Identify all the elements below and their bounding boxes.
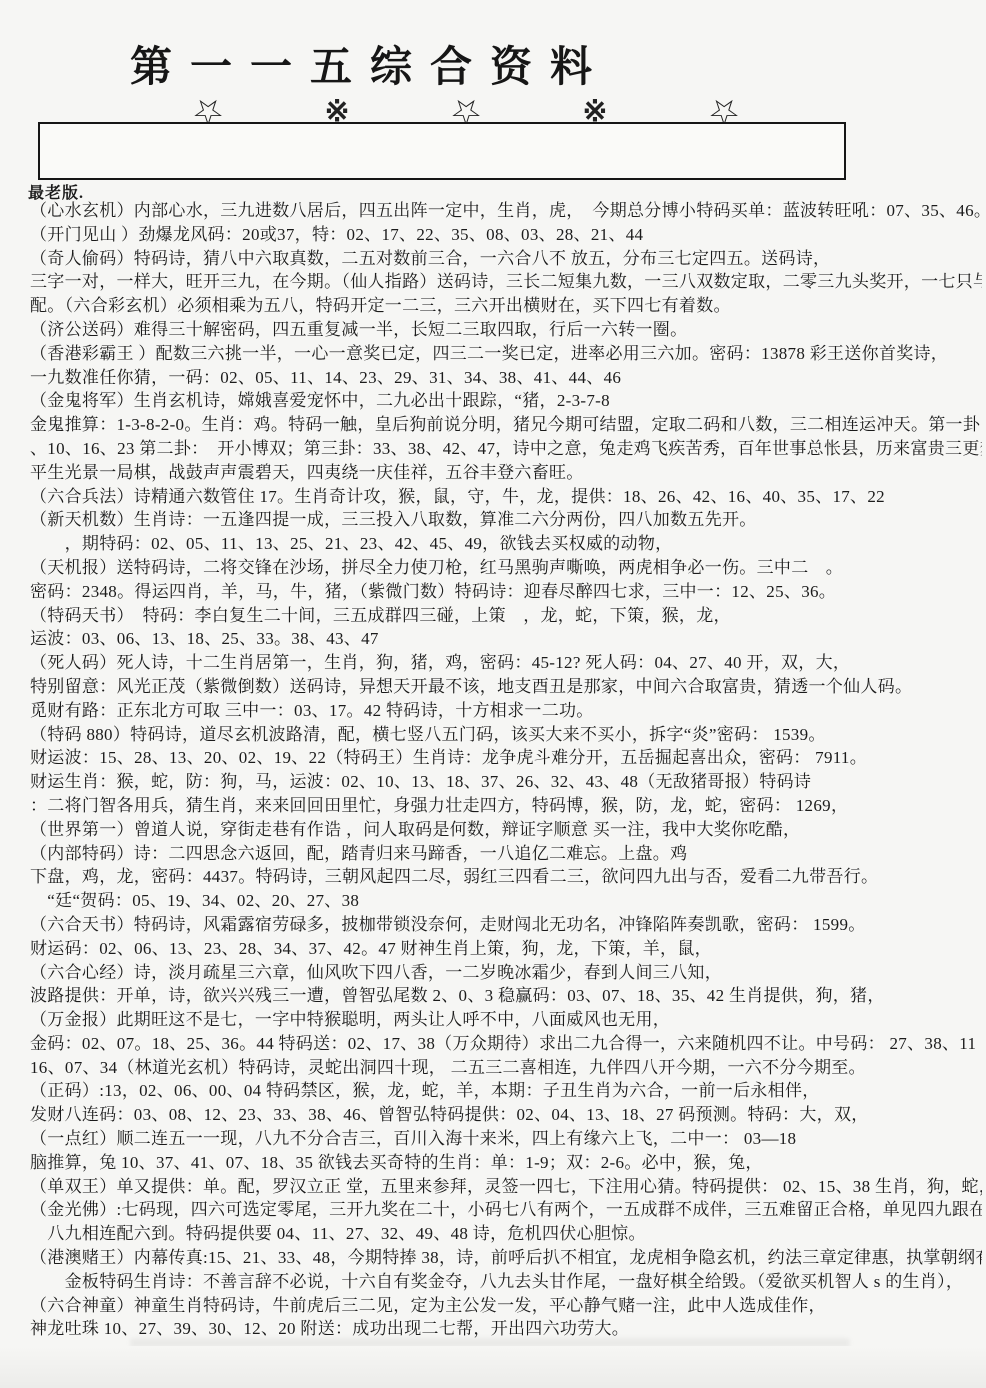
text-line: 密码：2348。得运四肖，羊，马，牛，猪，（紫微门数）特码诗：迎春尽醉四七求，三… (30, 580, 982, 604)
text-line: （世界第一）曾道人说，穿街走巷有作诰 ，问人取码是何数，辩证字顺意 买一注，我中… (30, 818, 982, 842)
text-line: （特码 880）特码诗，道尽玄机波路清，配，横七竖八五门码，该买大来不买小，拆字… (30, 723, 982, 747)
text-line: 金鬼推算：1-3-8-2-0。生肖：鸡。特码一触，皇后狗前说分明，猪兄今期可结盟… (30, 413, 982, 437)
text-line: （天机报）送特码诗，二将交锋在沙场，拼尽全力使刀枪，红马黑驹声嘶唤，两虎相争必一… (30, 556, 982, 580)
text-line: 财运生肖：猴，蛇，防：狗，马，运波：02、10、13、18、37、26、32、4… (30, 770, 982, 794)
text-line: （正码）:13，02、06、00、04 特码禁区，猴，龙，蛇，羊，本期：子丑生肖… (30, 1079, 982, 1103)
text-line: （六合神童）神童生肖特码诗，牛前虎后三二见，定为主公发一发，平心静气赌一注，此中… (30, 1294, 982, 1318)
text-line: （特码天书） 特码：李白复生二十间，三五成群四三碰，上策 ，龙，蛇，下策，猴，龙… (30, 604, 982, 628)
text-line: 配。（六合彩玄机）必须相乘为五八，特码开定一二三，三六开出横财在，买下四七有着数… (30, 294, 982, 318)
document-lines: （心水玄机）内部心水，三九进数八居后，四五出阵一定中，生肖，虎， 今期总分博小特… (30, 199, 982, 1344)
text-line: 八九相连配六到。特码提供要 04、11、27、32、49、48 诗，危机四伏心胆… (30, 1222, 982, 1246)
text-line: （港澳赌王）内幕传真:15、21、33、48，今期特捧 38，诗，前呼后扒不相宜… (30, 1246, 982, 1270)
text-line: 财运波：15、28、13、20、02、19、22（特码王）生肖诗：龙争虎斗难分开… (30, 746, 982, 770)
text-line: （六合心经）诗，淡月疏星三六章，仙风吹下四八香，一二岁晚冰霜少，春到人间三八知， (30, 961, 982, 985)
text-line: （万金报）此期旺这不是七，一字中特猴聪明，两头让人呼不中，八面威风也无用， (30, 1008, 982, 1032)
text-line: （内部特码）诗：二四思念六返回，配，踏青归来马蹄香，一八追亿二难忘。上盘。鸡 (30, 842, 982, 866)
text-line: 运波：03、06、13、18、25、33。38、43、47 (30, 627, 982, 651)
text-line: （香港彩霸王 ）配数三六挑一半，一心一意奖已定，四三二一奖已定，进率必用三六加。… (30, 342, 982, 366)
text-line: 金板特码生肖诗：不善言辞不必说，十六自有奖金夺，八九去头甘作尾，一盘好棋全给毁。… (30, 1270, 982, 1294)
text-line: （金鬼将军）生肖玄机诗，嫦娥喜爱宠怀中，二九必出十跟踪，“猪，2-3-7-8 (30, 389, 982, 413)
page-title: 第一一五综合资料 (130, 34, 610, 94)
text-line: （一点红）顺二连五一一现，八九不分合吉三，百川入海十来米，四上有缘六上飞，二中一… (30, 1127, 982, 1151)
text-line: 金码：02、07。18、25、36。44 特码送：02、17、38（万众期待）求… (30, 1032, 982, 1056)
text-line: 平生光景一局棋，战鼓声声震碧天，四夷绕一庆佳祥，五谷丰登六畜旺。 (30, 461, 982, 485)
text-line: ：二将门智各用兵，猜生肖，来来回回田里忙，身强力壮走四方，特码博，猴，防，龙，蛇… (30, 794, 982, 818)
bottom-strip (0, 1346, 986, 1388)
text-line: 发财八连码：03、08、12、23、33、38、46、曾智弘特码提供：02、04… (30, 1103, 982, 1127)
text-line: 三字一对，一样大，旺开三九，在今期。（仙人指路）送码诗，三长二短集九数，一三八双… (30, 270, 982, 294)
text-line: （济公送码）难得三十解密码，四五重复减一半，长短二三取四取，行后一六转一圈。 (30, 318, 982, 342)
text-line: （死人码）死人诗，十二生肖居第一，生肖，狗，猪，鸡，密码：45-12? 死人码：… (30, 651, 982, 675)
text-line: （六合天书）特码诗，风霜露宿劳碌多，披枷带锁没奈何，走财闯北无功名，冲锋陷阵奏凯… (30, 913, 982, 937)
text-line: ，期特码：02、05、11、13、25、21、23、42、45、49，欲钱去买权… (30, 532, 982, 556)
page: { "page": { "title": "第一一五综合资料", "editio… (0, 0, 986, 1388)
text-line: 一九数准任你猜，一码：02、05、11、14、23、29、31、34、38、41… (30, 366, 982, 390)
text-line: 脑推算，兔 10、37、41、07、18、35 欲钱去买奇特的生肖：单：1-9；… (30, 1151, 982, 1175)
text-line: （单双王）单又提供：单。配，罗汉立正 堂，五里来参拜，灵签一四七，下注用心猜。特… (30, 1175, 982, 1199)
text-line: （心水玄机）内部心水，三九进数八居后，四五出阵一定中，生肖，虎， 今期总分博小特… (30, 199, 982, 223)
text-line: （金光佛）:七码现，四六可选定零尾，三开九奖在二十，小码七八有两个，一五成群不成… (30, 1198, 982, 1222)
text-line: 下盘，鸡，龙，密码：4437。特码诗，三朝风起四二尽，弱红三四看二三，欲问四九出… (30, 865, 982, 889)
text-line: 、10、16、23 第二卦： 开小博双；第三卦：33、38、42、47，诗中之意… (30, 437, 982, 461)
blank-box (38, 122, 846, 180)
text-line: （奇人偷码）特码诗，猜八中六取真数，二五对数前三合，一六合八不 放五，分布三七定… (30, 247, 982, 271)
text-line: “廷“贺码：05、19、34、02、20、27、38 (30, 889, 982, 913)
text-line: （开门见山 ）劲爆龙风码：20或37，特：02、17、22、35、08、03、2… (30, 223, 982, 247)
text-line: 特别留意：风光正茂（紫微倒数）送码诗，异想天开最不该，地支酉丑是那家，中间六合取… (30, 675, 982, 699)
text-line: 财运码：02、06、13、23、28、34、37、42。47 财神生肖上策，狗，… (30, 937, 982, 961)
text-line: 16、07、34（林道光玄机）特码诗，灵蛇出洞四十现， 二五三二喜相连，九伴四八… (30, 1056, 982, 1080)
text-line: 觅财有路：正东北方可取 三中一：03、17。42 特码诗，十方相求一二功。 (30, 699, 982, 723)
text-line: 波路提供：开单，诗，欲兴兴残三一遭，曾智弘尾数 2、0、3 稳赢码：03、07、… (30, 984, 982, 1008)
text-line: （六合兵法）诗精通六数管住 17。生肖奇计攻，猴，鼠，守，牛，龙，提供：18、2… (30, 485, 982, 509)
text-line: （新天机数）生肖诗：一五逢四提一成，三三投入八取数，算准二六分两份，四八加数五先… (30, 508, 982, 532)
